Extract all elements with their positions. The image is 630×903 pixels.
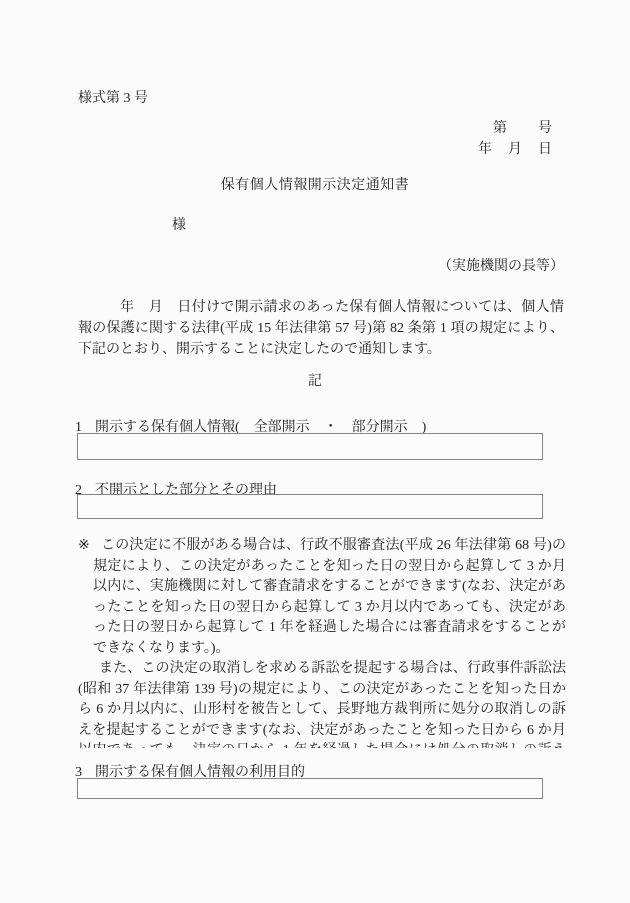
- document-number-line: 第 号: [0, 117, 553, 137]
- form-number-label: 様式第 3 号: [78, 87, 148, 107]
- intro-paragraph: 年 月 日付けで開示請求のあった保有個人情報については、個人情報の保護に関する法…: [78, 297, 564, 363]
- note-marker: ※: [78, 538, 90, 553]
- section-2-value-box: [77, 494, 543, 519]
- addressee-line: 様: [172, 214, 186, 234]
- section-1-value-box: [77, 433, 543, 460]
- date-line: 年 月 日: [0, 138, 553, 158]
- section-3-value-box: [77, 778, 543, 799]
- record-marker: 記: [0, 370, 630, 390]
- document-title: 保有個人情報開示決定通知書: [0, 174, 630, 194]
- document-page: 様式第 3 号 第 号 年 月 日 保有個人情報開示決定通知書 様 （実施機関の…: [0, 0, 630, 903]
- addressee-suffix: 様: [172, 218, 186, 233]
- appeal-note-paragraph-1: ※この決定に不服がある場合は、行政不服審査法(平成 26 年法律第 68 号)の…: [78, 536, 566, 659]
- issuer-line: （実施機関の長等）: [0, 255, 564, 275]
- appeal-note-paragraph-2: また、この決定の取消しを求める訴訟を提起する場合は、行政事件訴訟法(昭和 37 …: [78, 659, 566, 748]
- appeal-note: ※この決定に不服がある場合は、行政不服審査法(平成 26 年法律第 68 号)の…: [78, 536, 566, 748]
- appeal-note-paragraph-1-text: この決定に不服がある場合は、行政不服審査法(平成 26 年法律第 68 号)の規…: [93, 538, 566, 656]
